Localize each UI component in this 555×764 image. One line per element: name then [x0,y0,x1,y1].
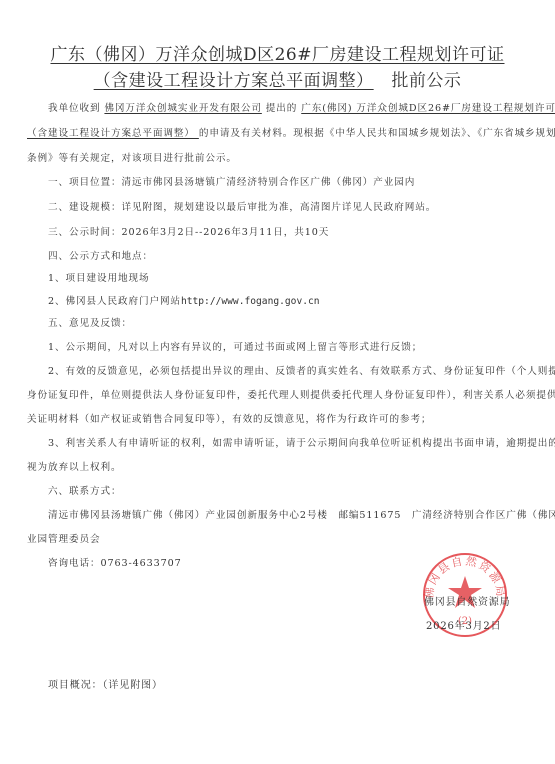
feedback-item-2-line-3: 关证明材料（如产权证或销售合同复印等），有效的反馈意见，将作为行政许可的参考； [27,414,527,426]
section-feedback-heading: 五、意见及反馈： [48,318,548,330]
intro-text: 的申请及有关材料。现根据《中华人民共和国城乡规划法》、《广东省城乡规划 [199,128,555,139]
signing-date: 2026年3月2日 [426,617,501,632]
method-item-2: 2、佛冈县人民政府门户网站http://www.fogang.gov.cn [48,296,548,308]
section-contact-heading: 六、联系方式： [48,486,548,498]
section-location: 一、项目位置：清远市佛冈县汤塘镇广清经济特别合作区广佛（佛冈）产业园内 [48,177,548,189]
feedback-item-3-line-2: 视为放弃以上权利。 [27,462,527,474]
contact-address-line-1: 清远市佛冈县汤塘镇广佛（佛冈）产业园创新服务中心2号楼 邮编511675 广清经… [48,510,548,522]
applicant-name: 佛冈万洋众创城实业开发有限公司 [104,103,261,114]
intro-line-2: （含建设工程设计方案总平面调整） 的申请及有关材料。现根据《中华人民共和国城乡规… [27,128,527,140]
website-link[interactable]: http://www.fogang.gov.cn [181,296,320,307]
intro-line-1: 我单位收到 佛冈万洋众创城实业开发有限公司 提出的 广东(佛冈) 万洋众创城D区… [48,103,548,115]
feedback-item-2-line-2: 身份证复印件，单位则提供法人身份证复印件，委托代理人则提供委托代理人身份证复印件… [27,390,527,402]
intro-text: 我单位收到 [48,103,104,114]
intro-line-3: 条例》等有关规定，对该项目进行批前公示。 [27,153,527,165]
title-suffix: 批前公示 [391,71,461,91]
title-project-name: 广东（佛冈）万洋众创城D区26#厂房建设工程规划许可证 [50,45,504,65]
feedback-item-2-line-1: 2、有效的反馈意见，必须包括提出异议的理由、反馈者的真实姓名、有效联系方式、身份… [48,366,548,378]
title-scope: （含建设工程设计方案总平面调整） [94,71,374,91]
notice-title-line2: （含建设工程设计方案总平面调整） 批前公示 [0,66,555,91]
method-item-1: 1、项目建设用地现场 [48,273,548,285]
contact-address-line-2: 业园管理委员会 [27,534,527,546]
section-scale: 二、建设规模：详见附图，规划建设以最后审批为准，高清图片详见人民政府网站。 [48,202,548,214]
section-period: 三、公示时间：2026年3月2日--2026年3月11日，共10天 [48,227,548,239]
project-overview: 项目概况：（详见附图） [48,680,548,692]
feedback-item-1: 1、公示期间，凡对以上内容有异议的，可通过书面或网上留言等形式进行反馈； [48,342,548,354]
notice-title-line1: 广东（佛冈）万洋众创城D区26#厂房建设工程规划许可证 [0,40,555,65]
method-item-2-text: 2、佛冈县人民政府门户网站 [48,296,181,307]
signing-organization: 佛冈县自然资源局 [424,593,510,608]
project-name: 广东(佛冈) 万洋众创城D区26#厂房建设工程规划许可证 [301,103,555,114]
intro-text: 提出的 [262,103,301,114]
feedback-item-3-line-1: 3、利害关系人有申请听证的权利，如需申请听证，请于公示期间向我单位听证机构提出书… [48,438,548,450]
section-method-heading: 四、公示方式和地点： [48,251,548,263]
project-scope: （含建设工程设计方案总平面调整） [27,128,199,139]
